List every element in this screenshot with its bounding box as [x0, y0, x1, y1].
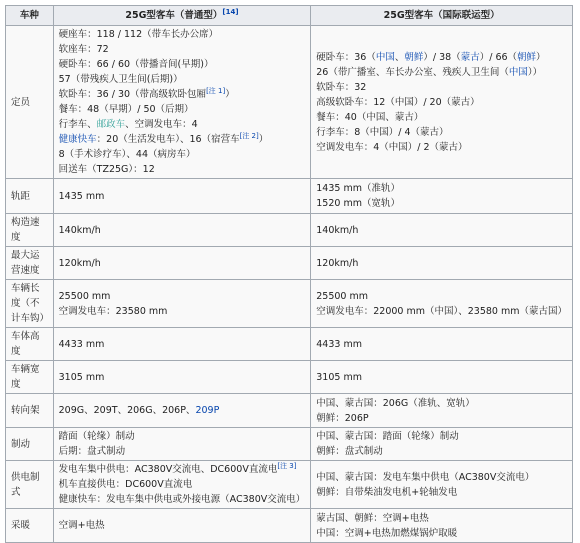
capacity-text: 行李车、 — [59, 119, 97, 130]
max-speed-normal: 120km/h — [53, 247, 311, 280]
brake-intl-line: 中国、蒙古国：踏面（轮缘）制动 — [316, 429, 567, 444]
capacity-intl-line: 硬卧车：36（中国、朝鲜）/ 38（蒙古）/ 66（朝鲜） — [316, 50, 567, 65]
table-row-width: 车辆宽度 3105 mm 3105 mm — [6, 361, 573, 394]
table-row-brake: 制动 踏面（轮缘）制动 后期：盘式制动 中国、蒙古国：踏面（轮缘）制动 朝鲜：盘… — [6, 428, 573, 461]
design-speed-intl: 140km/h — [311, 214, 573, 247]
capacity-normal-line: 回送车（TZ25G）：12 — [59, 162, 306, 177]
health-express-link[interactable]: 健康快车 — [59, 134, 97, 145]
length-normal-line: 25500 mm — [59, 289, 306, 304]
table-row-bogie: 转向架 209G、209T、206G、206P、209P 中国、蒙古国：206G… — [6, 394, 573, 428]
row-label-width: 车辆宽度 — [6, 361, 54, 394]
capacity-intl: 硬卧车：36（中国、朝鲜）/ 38（蒙古）/ 66（朝鲜） 26（带广播室、车长… — [311, 26, 573, 179]
capacity-text: ）/ 66（ — [480, 52, 517, 63]
row-label-length: 车辆长度（不计车钩） — [6, 280, 54, 328]
brake-intl: 中国、蒙古国：踏面（轮缘）制动 朝鲜：盘式制动 — [311, 428, 573, 461]
row-label-height: 车体高度 — [6, 328, 54, 361]
width-intl: 3105 mm — [311, 361, 573, 394]
capacity-intl-line: 餐车：40（中国、蒙古） — [316, 110, 567, 125]
row-label-brake: 制动 — [6, 428, 54, 461]
capacity-normal-line: 行李车、邮政车、空调发电车：4 — [59, 117, 306, 132]
capacity-text: 、空调发电车：4 — [125, 119, 198, 130]
capacity-intl-line: 行李车：8（中国）/ 4（蒙古） — [316, 125, 567, 140]
capacity-text: ）/ 38（ — [423, 52, 460, 63]
table-row-max-speed: 最大运营速度 120km/h 120km/h — [6, 247, 573, 280]
note-2-link[interactable]: [注 2] — [240, 132, 259, 140]
mongolia-link[interactable]: 蒙古 — [461, 52, 480, 63]
note-1-link[interactable]: [注 1] — [206, 87, 225, 95]
bogie-intl-line: 朝鲜：206P — [316, 411, 567, 426]
table-row-design-speed: 构造速度 140km/h 140km/h — [6, 214, 573, 247]
bogie-intl: 中国、蒙古国：206G（准轨、宽轨） 朝鲜：206P — [311, 394, 573, 428]
length-intl-line: 空调发电车：22000 mm（中国）、23580 mm（蒙古国） — [316, 304, 567, 319]
bogie-intl-line: 中国、蒙古国：206G（准轨、宽轨） — [316, 396, 567, 411]
gauge-normal: 1435 mm — [53, 179, 311, 214]
row-label-design-speed: 构造速度 — [6, 214, 54, 247]
gauge-intl: 1435 mm（准轨） 1520 mm（宽轨） — [311, 179, 573, 214]
header-vehicle-type: 车种 — [6, 6, 54, 26]
china-link[interactable]: 中国 — [376, 52, 395, 63]
north-korea-link[interactable]: 朝鲜 — [404, 52, 423, 63]
spec-table: 车种 25G型客车（普通型）[14] 25G型客车（国际联运型） 定员 硬座车：… — [5, 5, 573, 460]
capacity-text: ：20（生活发电车）、16（宿营车 — [97, 134, 240, 145]
capacity-normal-line: 软座车：72 — [59, 42, 306, 57]
capacity-text: 、 — [395, 52, 405, 63]
max-speed-intl: 120km/h — [311, 247, 573, 280]
capacity-normal-line: 8（手术诊疗车）、44（病房车） — [59, 147, 306, 162]
length-intl-line: 25500 mm — [316, 289, 567, 304]
gauge-intl-line: 1435 mm（准轨） — [316, 181, 567, 196]
brake-normal-line: 踏面（轮缘）制动 — [59, 429, 306, 444]
postal-car-link[interactable]: 邮政车 — [97, 119, 126, 130]
height-intl: 4433 mm — [311, 328, 573, 361]
ref-14-link[interactable]: [14] — [222, 8, 238, 16]
table-row-height: 车体高度 4433 mm 4433 mm — [6, 328, 573, 361]
gauge-intl-line: 1520 mm（宽轨） — [316, 196, 567, 211]
width-normal: 3105 mm — [53, 361, 311, 394]
capacity-normal-line: 健康快车：20（生活发电车）、16（宿营车[注 2]） — [59, 132, 306, 147]
capacity-intl-line: 软卧车：32 — [316, 80, 567, 95]
length-normal-line: 空调发电车：23580 mm — [59, 304, 306, 319]
capacity-normal-line: 餐车：48（早期）/ 50（后期） — [59, 102, 306, 117]
capacity-normal: 硬座车：118 / 112（带车长办公席） 软座车：72 硬卧车：66 / 60… — [53, 26, 311, 179]
row-label-max-speed: 最大运营速度 — [6, 247, 54, 280]
brake-intl-line: 朝鲜：盘式制动 — [316, 444, 567, 459]
capacity-text: ） — [259, 134, 269, 145]
capacity-intl-line: 高级软卧车：12（中国）/ 20（蒙古） — [316, 95, 567, 110]
bogie-text: 209G、209T、206G、206P、 — [59, 405, 196, 416]
capacity-text: ） — [536, 52, 546, 63]
capacity-normal-line: 软卧车：36 / 30（带高级软卧包厢[注 1]） — [59, 87, 306, 102]
capacity-normal-line: 57（带残疾人卫生间(后期)） — [59, 72, 306, 87]
china-link[interactable]: 中国 — [509, 67, 528, 78]
design-speed-normal: 140km/h — [53, 214, 311, 247]
brake-normal-line: 后期：盘式制动 — [59, 444, 306, 459]
capacity-text: ）） — [528, 67, 542, 78]
brake-normal: 踏面（轮缘）制动 后期：盘式制动 — [53, 428, 311, 461]
capacity-text: ） — [225, 89, 235, 100]
capacity-text: 软卧车：36 / 30（带高级软卧包厢 — [59, 89, 206, 100]
table-row-gauge: 轨距 1435 mm 1435 mm（准轨） 1520 mm（宽轨） — [6, 179, 573, 214]
bogie-209p-link[interactable]: 209P — [195, 405, 219, 416]
capacity-normal-line: 硬座车：118 / 112（带车长办公席） — [59, 27, 306, 42]
row-label-bogie: 转向架 — [6, 394, 54, 428]
bogie-normal: 209G、209T、206G、206P、209P — [53, 394, 311, 428]
header-normal-label: 25G型客车（普通型） — [125, 10, 222, 21]
length-normal: 25500 mm 空调发电车：23580 mm — [53, 280, 311, 328]
header-intl-type: 25G型客车（国际联运型） — [311, 6, 573, 26]
height-normal: 4433 mm — [53, 328, 311, 361]
header-normal-type: 25G型客车（普通型）[14] — [53, 6, 311, 26]
north-korea-link[interactable]: 朝鲜 — [517, 52, 536, 63]
capacity-text: 26（带广播室、车长办公室、残疾人卫生间（ — [316, 67, 509, 78]
table-row-capacity: 定员 硬座车：118 / 112（带车长办公席） 软座车：72 硬卧车：66 /… — [6, 26, 573, 179]
table-row-length: 车辆长度（不计车钩） 25500 mm 空调发电车：23580 mm 25500… — [6, 280, 573, 328]
capacity-intl-line: 空调发电车：4（中国）/ 2（蒙古） — [316, 140, 567, 155]
capacity-intl-line: 26（带广播室、车长办公室、残疾人卫生间（中国）） — [316, 65, 567, 80]
header-row: 车种 25G型客车（普通型）[14] 25G型客车（国际联运型） — [6, 6, 573, 26]
capacity-normal-line: 硬卧车：66 / 60（带播音间(早期)） — [59, 57, 306, 72]
row-label-capacity: 定员 — [6, 26, 54, 179]
length-intl: 25500 mm 空调发电车：22000 mm（中国）、23580 mm（蒙古国… — [311, 280, 573, 328]
row-label-gauge: 轨距 — [6, 179, 54, 214]
capacity-text: 硬卧车：36（ — [316, 52, 376, 63]
